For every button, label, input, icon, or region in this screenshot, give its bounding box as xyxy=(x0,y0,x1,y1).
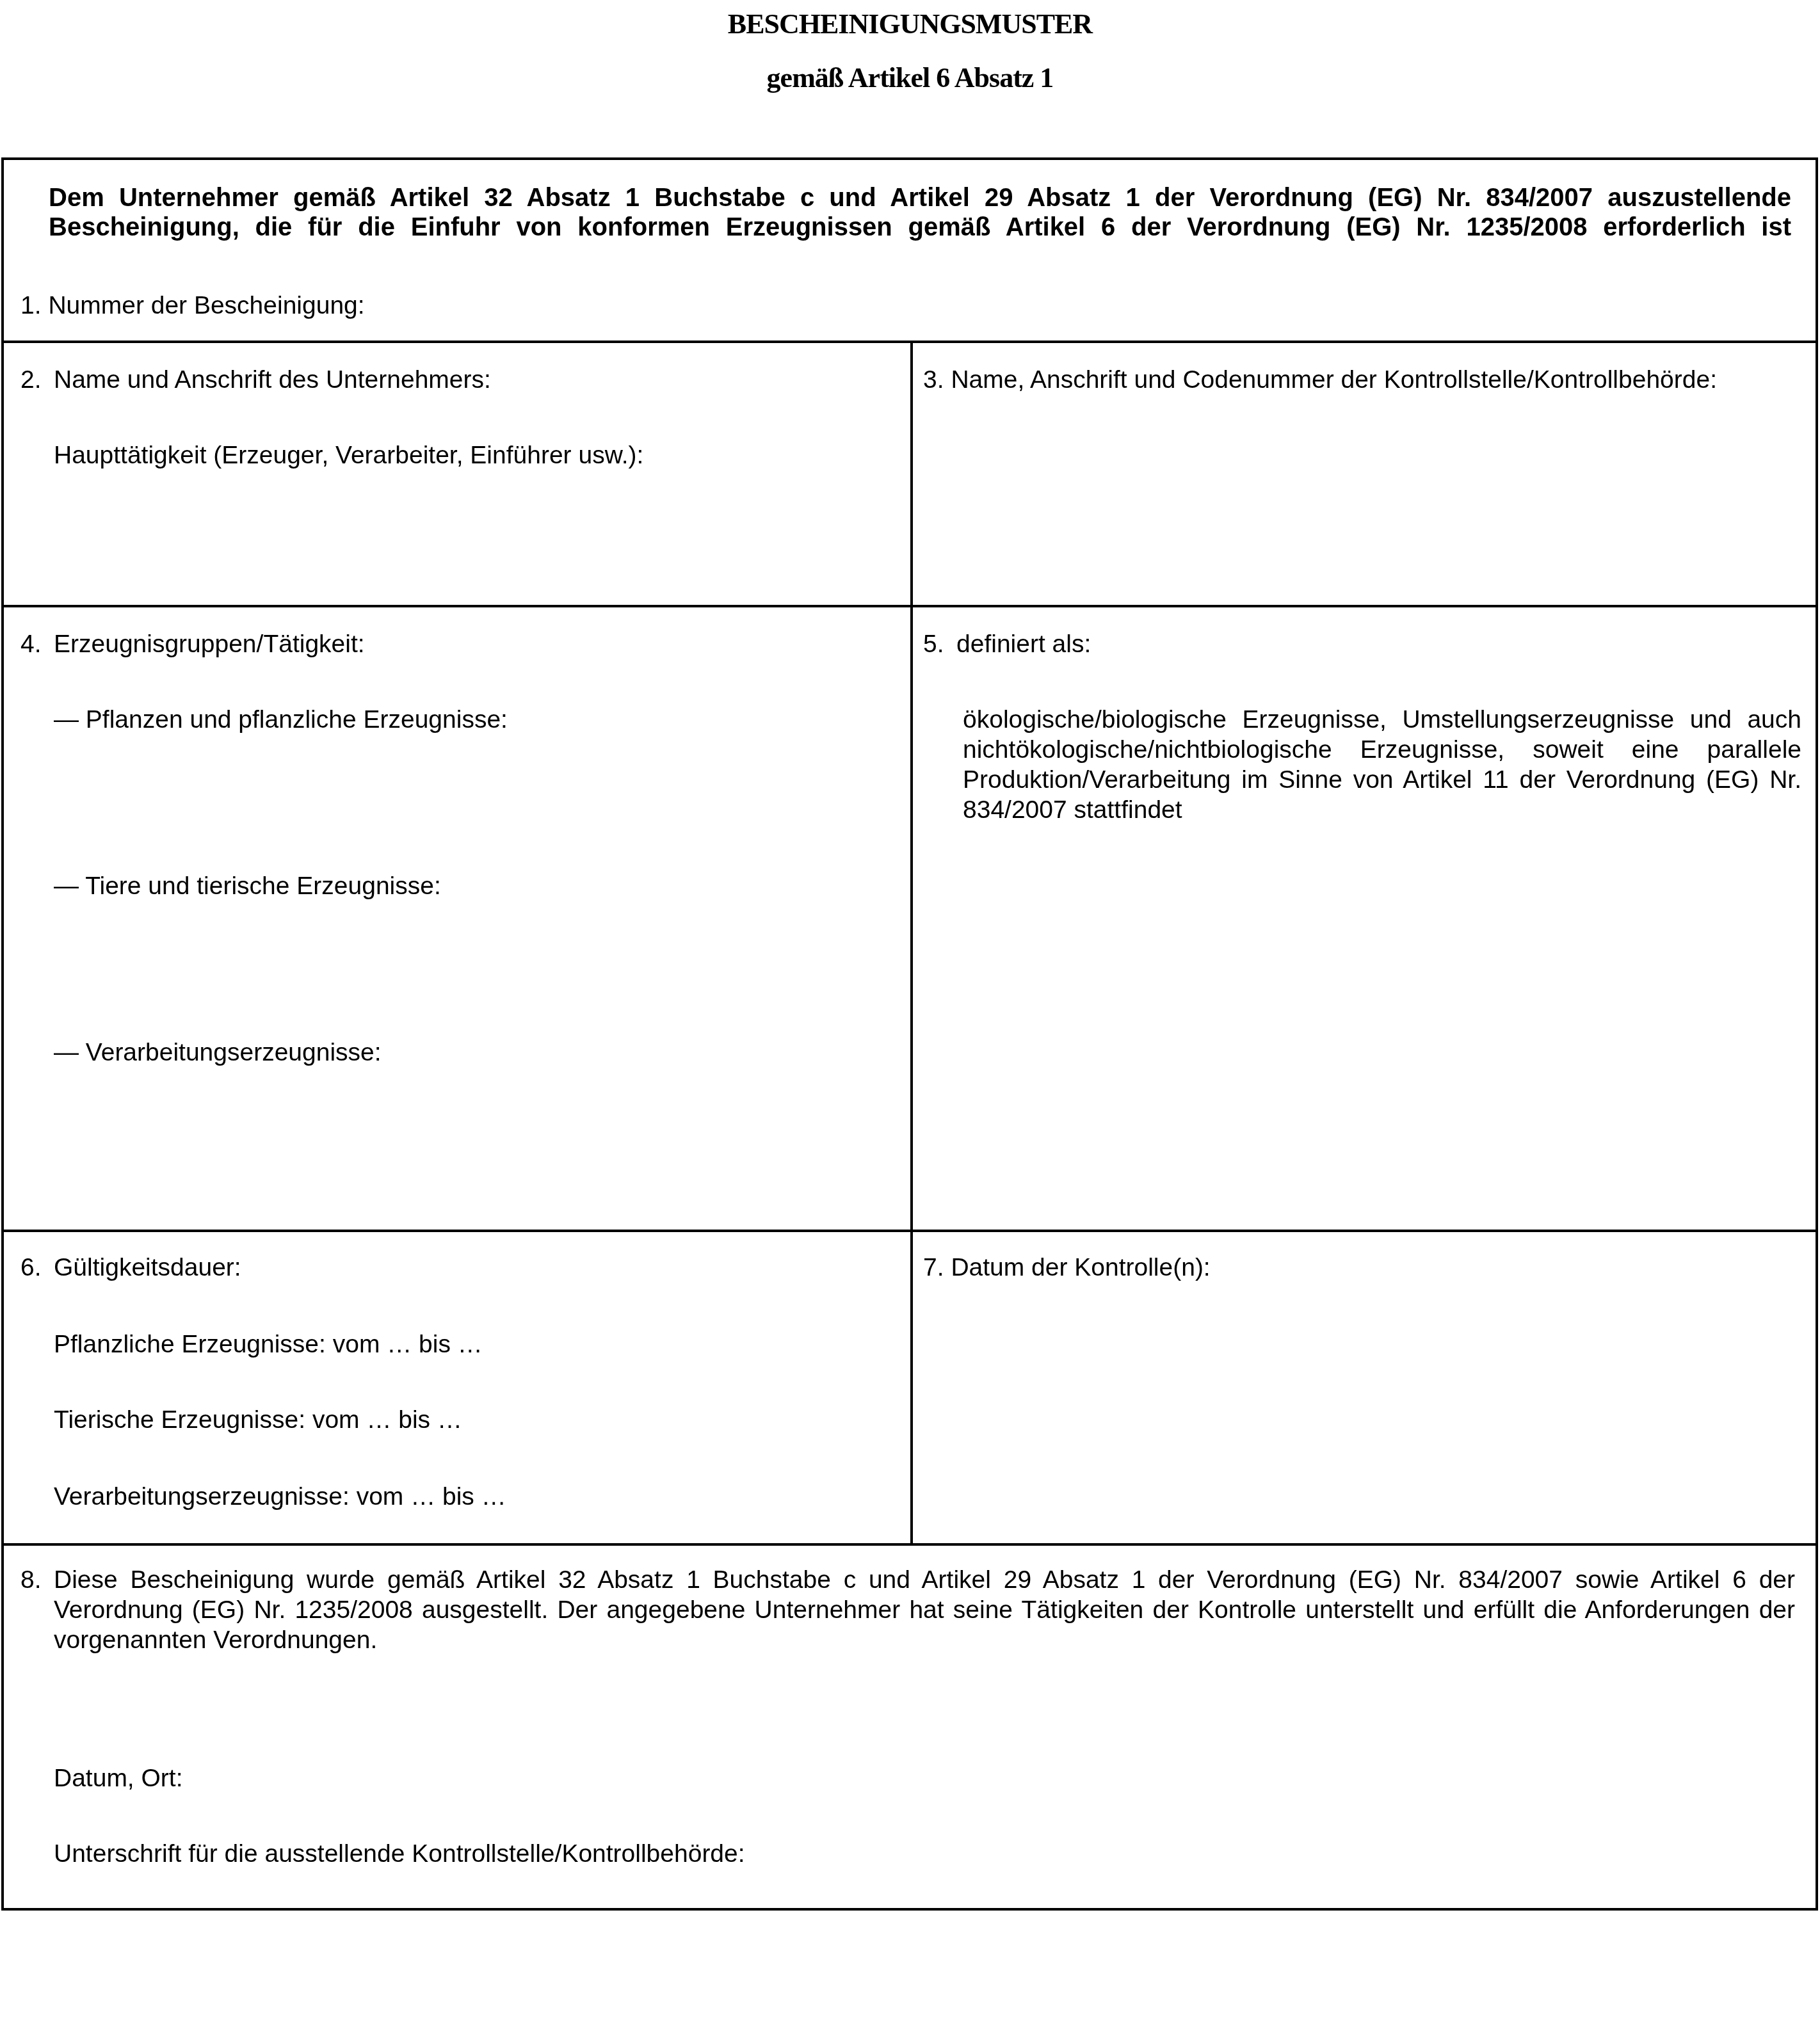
section-5-number: 5. xyxy=(923,629,956,659)
certificate-form: Dem Unternehmer gemäß Artikel 32 Absatz … xyxy=(1,157,1818,1911)
section-3-heading: 3. Name, Anschrift und Codenummer der Ko… xyxy=(923,365,1717,395)
section-7-heading: 7. Datum der Kontrolle(n): xyxy=(923,1253,1211,1283)
form-row-2: 2.Name und Anschrift des Unternehmers: H… xyxy=(3,342,1817,606)
section-7-number: 7. xyxy=(923,1254,944,1281)
section-6-cell[interactable]: 6.Gültigkeitsdauer: Pflanzliche Erzeugni… xyxy=(3,1231,912,1544)
section-2-cell[interactable]: 2.Name und Anschrift des Unternehmers: H… xyxy=(3,342,912,606)
section-3-number: 3. xyxy=(923,366,944,394)
section-2-sub-label: Haupttätigkeit (Erzeuger, Verarbeiter, E… xyxy=(54,440,643,470)
form-row-1: Dem Unternehmer gemäß Artikel 32 Absatz … xyxy=(3,159,1817,342)
form-row-4: 6.Gültigkeitsdauer: Pflanzliche Erzeugni… xyxy=(3,1231,1817,1544)
section-5-heading: 5.definiert als: xyxy=(923,629,1091,659)
signature-field[interactable]: Unterschrift für die ausstellende Kontro… xyxy=(54,1839,745,1869)
section-8-number: 8. xyxy=(20,1565,42,1595)
section-8-cell: 8. Diese Bescheinigung wurde gemäß Artik… xyxy=(3,1544,1817,1909)
section-4-number: 4. xyxy=(20,629,54,659)
section-4-label: Erzeugnisgruppen/Tätigkeit: xyxy=(54,630,365,658)
section-7-cell[interactable]: 7. Datum der Kontrolle(n): xyxy=(912,1231,1817,1544)
validity-plants-field[interactable]: Pflanzliche Erzeugnisse: vom … bis … xyxy=(54,1329,483,1359)
section-4-item-plants: — Pflanzen und pflanzliche Erzeugnisse: xyxy=(54,705,508,735)
section-1-number: 1. xyxy=(20,292,42,319)
section-7-label: Datum der Kontrolle(n): xyxy=(951,1254,1210,1281)
section-4-item-processed: — Verarbeitungserzeugnisse: xyxy=(54,1038,382,1068)
validity-processed-field[interactable]: Verarbeitungserzeugnisse: vom … bis … xyxy=(54,1482,506,1512)
section-8-statement: Diese Bescheinigung wurde gemäß Artikel … xyxy=(54,1565,1795,1655)
document-title: BESCHEINIGUNGSMUSTER xyxy=(0,8,1820,40)
section-5-label: definiert als: xyxy=(956,630,1091,658)
intro-text: Dem Unternehmer gemäß Artikel 32 Absatz … xyxy=(4,160,1816,242)
date-place-field[interactable]: Datum, Ort: xyxy=(54,1763,183,1793)
section-4-cell[interactable]: 4.Erzeugnisgruppen/Tätigkeit: — Pflanzen… xyxy=(3,606,912,1231)
section-6-label: Gültigkeitsdauer: xyxy=(54,1254,241,1281)
section-3-label: Name, Anschrift und Codenummer der Kontr… xyxy=(951,366,1717,394)
section-2-number: 2. xyxy=(20,365,54,395)
form-row-5: 8. Diese Bescheinigung wurde gemäß Artik… xyxy=(3,1544,1817,1909)
section-2-label: Name und Anschrift des Unternehmers: xyxy=(54,366,491,394)
section-6-heading: 6.Gültigkeitsdauer: xyxy=(20,1253,241,1283)
section-1-label: Nummer der Bescheinigung: xyxy=(48,292,364,319)
validity-animals-field[interactable]: Tierische Erzeugnisse: vom … bis … xyxy=(54,1405,462,1435)
section-3-cell[interactable]: 3. Name, Anschrift und Codenummer der Ko… xyxy=(912,342,1817,606)
section-4-heading: 4.Erzeugnisgruppen/Tätigkeit: xyxy=(20,629,365,659)
document-subtitle: gemäß Artikel 6 Absatz 1 xyxy=(0,61,1820,94)
section-header-cell: Dem Unternehmer gemäß Artikel 32 Absatz … xyxy=(3,159,1817,342)
form-row-3: 4.Erzeugnisgruppen/Tätigkeit: — Pflanzen… xyxy=(3,606,1817,1231)
section-5-definition-text: ökologische/biologische Erzeugnisse, Ums… xyxy=(963,705,1801,825)
section-5-cell: 5.definiert als: ökologische/biologische… xyxy=(912,606,1817,1231)
section-2-heading: 2.Name und Anschrift des Unternehmers: xyxy=(20,365,491,395)
section-4-item-animals: — Tiere und tierische Erzeugnisse: xyxy=(54,871,441,901)
section-6-number: 6. xyxy=(20,1253,54,1283)
section-1-field[interactable]: 1. Nummer der Bescheinigung: xyxy=(20,291,365,321)
